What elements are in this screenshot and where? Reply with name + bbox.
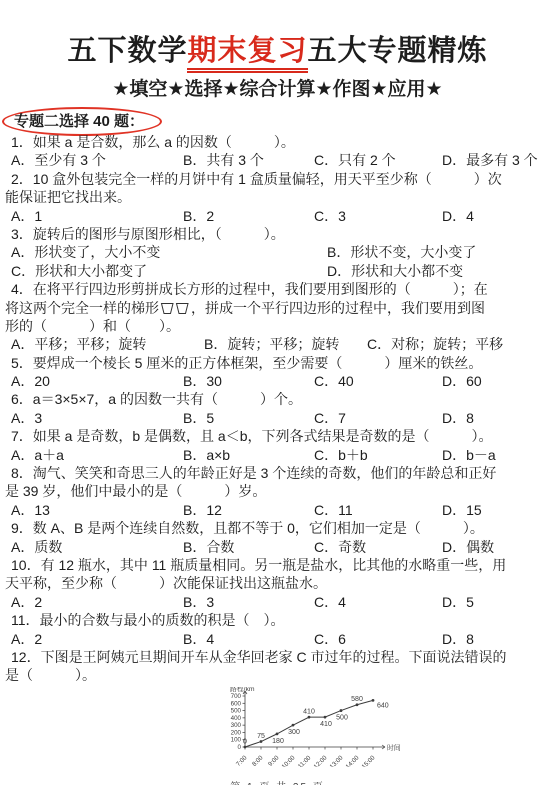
question-6-text: 6．a＝3×5×7，a 的因数一共有（ ）个。 [11,390,555,408]
option-c: C．b＋b [314,446,368,464]
option-d: D．60 [442,372,482,390]
option-d: D．8 [442,630,474,648]
option-d: D．最多有 3 个 [442,151,538,169]
option-a: A．2 [11,593,42,611]
svg-text:300: 300 [288,729,300,736]
question-12-text: 12．下图是王阿姨元旦期间开车从金华回老家 C 市过年的过程。下面说法错误的 [11,648,555,666]
svg-text:15:00: 15:00 [361,754,377,767]
option-b: B．4 [183,630,214,648]
question-10-options: A．2 B．3 C．4 D．5 [11,593,555,611]
svg-text:路程/km: 路程/km [230,687,255,693]
option-d: D．偶数 [442,538,494,556]
svg-text:11:00: 11:00 [297,754,313,767]
option-c: C．11 [314,501,353,519]
svg-text:640: 640 [377,702,389,709]
page-subtitle: ★填空★选择★综合计算★作图★应用★ [0,78,555,102]
question-5-options: A．20 B．30 C．40 D．60 [11,372,555,390]
svg-text:500: 500 [231,707,242,714]
option-a: A．3 [11,409,42,427]
svg-text:13:00: 13:00 [329,754,345,767]
option-d: D．15 [442,501,482,519]
option-d: D．5 [442,593,474,611]
svg-text:0: 0 [238,744,242,751]
svg-text:7:00: 7:00 [235,754,249,767]
svg-text:600: 600 [231,700,242,707]
title-prefix: 五下数学 [67,35,187,67]
page-footer: 第 1 页 共 25 页 [0,778,555,785]
option-a: A．平移；平移；旋转 [11,335,146,353]
worksheet-page: 五下数学期末复习五大专题精炼 ★填空★选择★综合计算★作图★应用★ 专题二选择 … [0,33,555,785]
svg-text:700: 700 [231,693,242,700]
question-6-options: A．3 B．5 C．7 D．8 [11,409,555,427]
page-title: 五下数学期末复习五大专题精炼 [0,33,555,69]
option-d: D．b－a [442,446,496,464]
title-suffix: 五大专题精炼 [308,35,488,67]
distance-time-chart: 01002003004005006007007:008:009:0010:001… [218,687,418,772]
questions-list: 1．如果 a 是合数，那么 a 的因数（ ）。 A．至少有 3 个 B．共有 3… [0,133,555,685]
svg-text:12:00: 12:00 [313,754,329,767]
option-c: C．6 [314,630,346,648]
option-a: A．20 [11,372,50,390]
question-9-text: 9．数 A、B 是两个连续自然数，且都不等于 0，它们相加一定是（ ）。 [11,519,555,537]
question-2-options: A．1 B．2 C．3 D．4 [11,207,555,225]
question-8-options: A．13 B．12 C．11 D．15 [11,501,555,519]
option-a: A．质数 [11,538,62,556]
question-9-options: A．质数 B．合数 C．奇数 D．偶数 [11,538,555,556]
question-7-text: 7．如果 a 是奇数，b 是偶数，且 a＜b，下列各式结果是奇数的是（ ）。 [11,427,555,445]
svg-text:300: 300 [231,722,242,729]
question-10-text-cont: 天平称，至少称（ ）次能保证找出这瓶盐水。 [5,574,555,592]
question-4-post: ，拼成一个平行四边形的过程中，我们要用到图 [191,300,485,316]
option-d: D．8 [442,409,474,427]
title-highlight: 期末复习 [187,35,307,73]
option-b: B．形状不变，大小变了 [327,243,476,261]
option-a: A．a＋a [11,446,64,464]
question-2-text-cont: 能保证把它找出来。 [5,188,555,206]
option-a: A．至少有 3 个 [11,151,106,169]
svg-text:400: 400 [231,715,242,722]
question-1-text: 1．如果 a 是合数，那么 a 的因数（ ）。 [11,133,555,151]
svg-text:500: 500 [336,714,348,721]
question-4-text: 4．在将平行四边形剪拼成长方形的过程中，我们要用到图形的（ ）；在 [11,280,555,298]
option-c: C．4 [314,593,346,611]
question-8-text: 8．淘气、笑笑和奇思三人的年龄正好是 3 个连续的奇数，他们的年龄总和正好 [11,464,555,482]
option-c: C．3 [314,207,346,225]
question-4-pre: 将这两个完全一样的梯形 [5,300,159,316]
option-a: A．2 [11,630,42,648]
svg-text:9:00: 9:00 [267,754,281,767]
option-c: C．40 [314,372,354,390]
question-12-text-cont: 是（ ）。 [5,666,555,684]
svg-text:75: 75 [257,733,265,740]
option-b: B．30 [183,372,222,390]
question-3-options-row2: C．形状和大小都变了 D．形状和大小都不变 [11,262,555,280]
svg-text:200: 200 [231,729,242,736]
option-b: B．3 [183,593,214,611]
option-b: B．共有 3 个 [183,151,264,169]
option-b: B．合数 [183,538,234,556]
question-5-text: 5．要焊成一个棱长 5 厘米的正方体框架，至少需要（ ）厘米的铁丝。 [11,354,555,372]
option-d: D．形状和大小都不变 [327,262,463,280]
svg-text:100: 100 [231,736,242,743]
question-4-text-cont1: 将这两个完全一样的梯形，拼成一个平行四边形的过程中，我们要用到图 [5,299,555,317]
svg-text:14:00: 14:00 [345,754,361,767]
option-c: C．只有 2 个 [314,151,396,169]
svg-text:580: 580 [351,696,363,703]
option-a: A．13 [11,501,50,519]
option-c: C．奇数 [314,538,366,556]
option-b: B．旋转；平移；旋转 [204,335,339,353]
line-chart-svg: 01002003004005006007007:008:009:0010:001… [218,687,418,767]
option-c: C．7 [314,409,346,427]
trapezoid-shapes-icon [160,302,190,315]
question-3-text: 3．旋转后的图形与原图形相比，（ ）。 [11,225,555,243]
svg-text:410: 410 [320,721,332,728]
question-11-text: 11．最小的合数与最小的质数的积是（ ）。 [11,611,555,629]
svg-text:10:00: 10:00 [281,754,297,767]
question-2-text: 2．10 盒外包装完全一样的月饼中有 1 盒质量偏轻，用天平至少称（ ）次 [11,170,555,188]
option-b: B．2 [183,207,214,225]
question-3-options-row1: A．形状变了，大小不变 B．形状不变，大小变了 [11,243,555,261]
option-b: B．12 [183,501,222,519]
option-c: C．对称；旋转；平移 [367,335,503,353]
question-4-text-cont2: 形的（ ）和（ ）。 [5,317,555,335]
option-a: A．形状变了，大小不变 [11,243,160,261]
section-heading-row: 专题二选择 40 题： [2,107,555,131]
question-11-options: A．2 B．4 C．6 D．8 [11,630,555,648]
question-7-options: A．a＋a B．a×b C．b＋b D．b－a [11,446,555,464]
question-8-text-cont: 是 39 岁，他们中最小的是（ ）岁。 [5,482,555,500]
svg-text:410: 410 [303,708,315,715]
svg-text:8:00: 8:00 [251,754,265,767]
svg-text:0: 0 [243,738,247,745]
option-d: D．4 [442,207,474,225]
question-10-text: 10．有 12 瓶水，其中 11 瓶质量相同。另一瓶是盐水，比其他的水略重一些，… [11,556,555,574]
question-4-options: A．平移；平移；旋转 B．旋转；平移；旋转 C．对称；旋转；平移 [11,335,555,353]
svg-text:180: 180 [272,738,284,745]
question-1-options: A．至少有 3 个 B．共有 3 个 C．只有 2 个 D．最多有 3 个 [11,151,555,169]
option-b: B．5 [183,409,214,427]
option-b: B．a×b [183,446,230,464]
option-c: C．形状和大小都变了 [11,262,147,280]
svg-text:时间: 时间 [387,743,401,752]
section-heading: 专题二选择 40 题： [2,107,162,136]
option-a: A．1 [11,207,42,225]
